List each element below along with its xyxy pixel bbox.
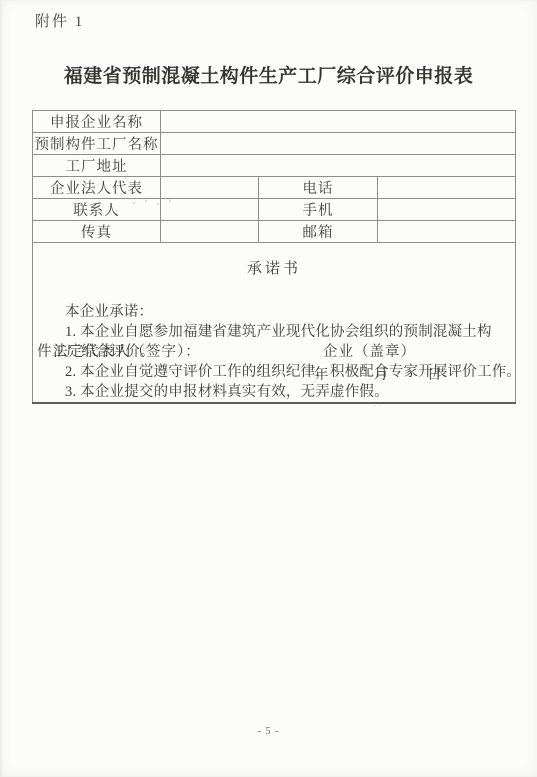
- scan-speck: [372, 403, 382, 409]
- company-seal-label: 企业（盖章）: [323, 340, 416, 361]
- table-row-factory-address: 工厂地址: [33, 155, 516, 177]
- date-line: 年月日: [314, 363, 442, 384]
- table-row-fax: 传真 邮箱: [33, 221, 516, 243]
- date-month-label: 月: [374, 367, 389, 383]
- table-row-factory-name: 预制构件工厂名称: [33, 133, 516, 155]
- commitment-item-1-line-1: 1. 本企业自愿参加福建省建筑产业现代化协会组织的预制混凝土构: [37, 322, 515, 342]
- field-value-email: [378, 221, 516, 243]
- field-label-company-name: 申报企业名称: [33, 111, 161, 133]
- table-row-commitment: 承诺书 本企业承诺： 1. 本企业自愿参加福建省建筑产业现代化协会组织的预制混凝…: [33, 243, 516, 404]
- field-value-factory-name: [161, 133, 516, 155]
- date-year-label: 年: [314, 367, 329, 383]
- commitment-cell: 承诺书 本企业承诺： 1. 本企业自愿参加福建省建筑产业现代化协会组织的预制混凝…: [33, 243, 516, 404]
- application-form-table: 申报企业名称 预制构件工厂名称 工厂地址 企业法人代表 电话 联系人 手机: [32, 110, 516, 404]
- page-number: - 5 -: [0, 726, 537, 737]
- scan-smudge: [128, 196, 176, 208]
- commitment-intro-line: 本企业承诺：: [37, 302, 515, 322]
- field-label-email: 邮箱: [259, 221, 378, 243]
- field-value-mobile: [378, 199, 516, 221]
- attachment-label: 附件 1: [35, 10, 84, 31]
- signature-block: 法定代表人（签字）： 企业（盖章） 年月日: [33, 340, 515, 386]
- table-row-legal-rep: 企业法人代表 电话: [33, 177, 516, 199]
- field-label-factory-name: 预制构件工厂名称: [33, 133, 161, 155]
- date-day-label: 日: [427, 367, 442, 383]
- legal-rep-signature-label: 法定代表人（签字）：: [53, 340, 201, 361]
- field-value-fax: [161, 221, 259, 243]
- table-row-company-name: 申报企业名称: [33, 111, 516, 133]
- field-label-factory-address: 工厂地址: [33, 155, 161, 177]
- field-label-mobile: 手机: [259, 199, 378, 221]
- field-label-fax: 传真: [33, 221, 161, 243]
- field-value-company-name: [161, 111, 516, 133]
- commitment-heading: 承诺书: [33, 257, 515, 278]
- field-value-telephone: [378, 177, 516, 199]
- field-label-telephone: 电话: [259, 177, 378, 199]
- scanned-document-page: 附件 1 福建省预制混凝土构件生产工厂综合评价申报表 申报企业名称 预制构件工厂…: [0, 0, 537, 777]
- field-value-factory-address: [161, 155, 516, 177]
- page-title: 福建省预制混凝土构件生产工厂综合评价申报表: [0, 61, 537, 88]
